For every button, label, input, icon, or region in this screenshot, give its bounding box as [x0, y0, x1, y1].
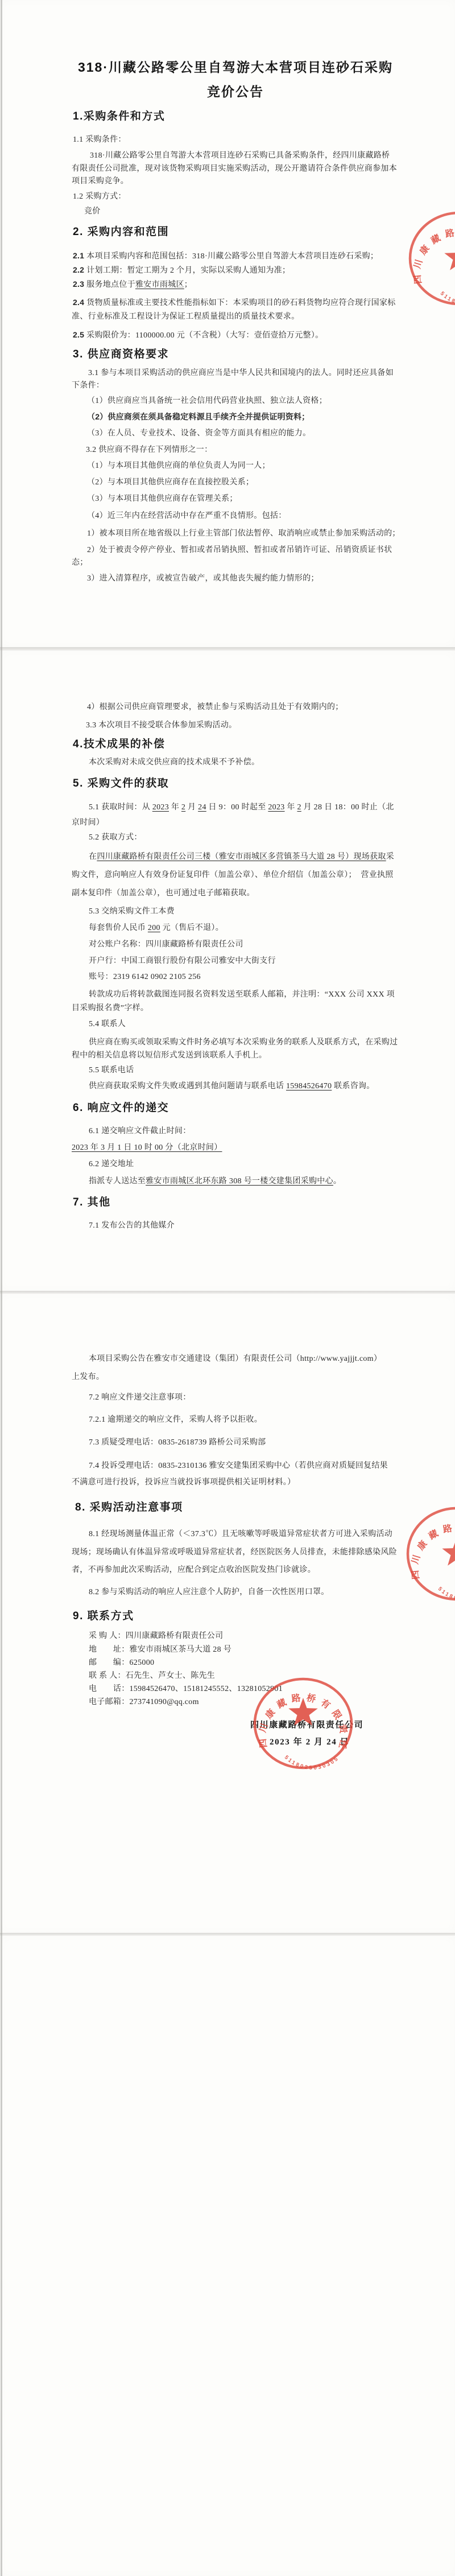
text-line: 账号：2319 6142 0902 2105 256	[89, 972, 201, 982]
text-line: 1.1 采购条件：	[73, 134, 126, 145]
text-line: 2.3 服务地点位于雅安市雨城区；	[73, 279, 192, 290]
text-line: 7.4 投诉受理电话：0835-2310136 雅安交建集团采购中心（若供应商对…	[89, 1460, 388, 1471]
section-heading-5: 5. 采购文件的获取	[73, 777, 169, 790]
text-line: 供应商在购买或领取采购文件时务必填写本次采购业务的联系人及联系方式，在采购过	[89, 1037, 398, 1048]
text-line: 有限责任公司批准，现对该货物采购项目实施采购活动，现公开邀请符合条件供应商参加本	[72, 163, 397, 174]
text-line: 开户行：中国工商银行股份有限公司雅安中大街支行	[89, 956, 276, 966]
text-line: 5.2 获取方式：	[89, 832, 142, 843]
text-line: 下条件：	[72, 380, 104, 391]
text-line: 2.2 计划工期：暂定工期为 2 个月，实际以采购人通知为准；	[73, 265, 290, 276]
text-line: 2）处于被责令停产停业、暂扣或者吊销执照、暂扣或者吊销许可证、吊销资质证书状	[87, 545, 392, 555]
text-line: 2.5 采购限价为：1100000.00 元（不含税）（大写：壹佰壹拾万元整）。	[73, 330, 323, 341]
text-line: （2）与本项目其他供应商存在直接控股关系；	[87, 477, 254, 488]
text-line: 2.4 货物质量标准或主要技术性能指标如下：本采购项目的砂石料货物均应符合现行国…	[73, 297, 396, 308]
text-line: 本项目采购公告在雅安市交通建设（集团）有限责任公司（http://www.yaj…	[89, 1353, 382, 1364]
text-line: 7.2 响应文件递交注意事项：	[89, 1392, 191, 1403]
text-line: 5.1 获取时间：从 2023 年 2 月 24 日 9：00 时起至 2023…	[89, 802, 394, 813]
section-heading-4: 4.技术成果的补偿	[73, 738, 165, 751]
text-line: 京时间）	[72, 817, 104, 828]
text-line: 项目采购竞争。	[72, 176, 129, 187]
text-line: 3.3 本次项目不接受联合体参加采购活动。	[86, 720, 237, 731]
text-line: 3）进入清算程序，或被宣告破产，或其他丧失履约能力情形的；	[87, 573, 319, 584]
text-line: （1）供应商应当具备统一社会信用代码营业执照、独立法人资格；	[87, 396, 327, 406]
document-text: 318·川藏公路零公里自驾游大本营项目连砂石采购竞价公告1.采购条件和方式1.1…	[0, 0, 455, 2576]
text-line: 态；	[72, 557, 88, 568]
text-line: 318·川藏公路零公里自驾游大本营项目连砂石采购已具备采购条件，经四川康藏路桥	[90, 150, 390, 161]
section-heading-1: 1.采购条件和方式	[73, 110, 165, 123]
text-line: 供应商获取采购文件失败或遇到其他问题请与联系电话 15984526470 联系咨…	[89, 1081, 375, 1092]
text-line: 准、行业标准及工程设计为保证工程质量提出的质量技术要求。	[72, 311, 299, 322]
text-line: （1）与本项目其他供应商的单位负责人为同一人；	[87, 460, 270, 471]
text-line: 程中的相关信息将以短信形式发送到该联系人手机上。	[72, 1050, 267, 1061]
text-line: 5.5 联系电话	[89, 1065, 134, 1076]
text-line: 邮 编：625000	[89, 1657, 154, 1668]
text-line: 1.2 采购方式：	[73, 191, 126, 202]
text-line: 3.2 供应商不得存在下列情形之一：	[86, 445, 212, 455]
section-heading-6: 6. 响应文件的递交	[73, 1101, 169, 1114]
text-line: 7.2.1 逾期递交的响应文件，采购人将予以拒收。	[89, 1414, 262, 1425]
seal-company-text: 四川康藏路桥有限责任公司	[250, 1720, 363, 1731]
text-line: （4）近三年内在经营活动中存在严重不良情形。包括：	[87, 511, 287, 521]
doc-title-line2: 竞价公告	[36, 83, 435, 100]
text-line: （3）在人员、专业技术、设备、资金等方面具有相应的能力。	[87, 428, 311, 439]
text-line: 者，不再参加此次采购活动，应配合到定点收治医院发热门诊就诊。	[72, 1565, 316, 1575]
text-line: 4）根据公司供应商管理要求，被禁止参与采购活动且处于有效期内的；	[87, 702, 344, 713]
text-line: 转款成功后将转款截图连同报名资料发送至联系人邮箱，并注明：“XXX 公司 XXX…	[89, 989, 395, 1000]
text-line: 购文件，意向响应人有效身份证复印件（加盖公章）、单位介绍信（加盖公章）； 营业执…	[72, 870, 394, 880]
text-line: 7.3 质疑受理电话：0835-2618739 路桥公司采购部	[89, 1437, 266, 1448]
text-line: 联 系 人：石先生、芦女士、陈先生	[89, 1670, 215, 1681]
text-line: 上发布。	[72, 1372, 104, 1382]
text-line: 2023 年 3 月 1 日 10 时 00 分（北京时间）	[72, 1142, 222, 1153]
text-line: 本次采购对未成交供应商的技术成果不予补偿。	[89, 757, 259, 768]
text-line: 采 购 人：四川康藏路桥有限责任公司	[89, 1631, 223, 1641]
text-line: 7.1 发布公告的其他媒介	[89, 1220, 175, 1231]
text-line: （2）供应商须在须具备稳定料源且手续齐全并提供证明资料；	[87, 411, 309, 423]
section-heading-8: 8. 采购活动注意事项	[75, 1501, 183, 1514]
text-line: 每套售价人民币 200 元（售后不退）。	[89, 923, 224, 933]
text-line: 2.1 本项目采购内容和范围包括：318·川藏公路零公里自驾游大本营项目连砂石采…	[73, 250, 378, 262]
text-line: 5.3 交纳采购文件工本费	[89, 906, 175, 917]
text-line: 目采购报名费”字样。	[72, 1003, 148, 1014]
text-line: 6.1 递交响应文件截止时间：	[89, 1126, 191, 1137]
scanned-document: 318·川藏公路零公里自驾游大本营项目连砂石采购竞价公告1.采购条件和方式1.1…	[0, 0, 455, 2576]
text-line: 在四川康藏路桥有限责任公司三楼（雅安市雨城区多营镇茶马大道 28 号）现场获取采	[89, 851, 394, 862]
text-line: 3.1 参与本项目采购活动的供应商应当是中华人民共和国境内的法人。同时还应具备如	[88, 368, 394, 378]
seal-date-text: 2023 年 2 月 24 日	[270, 1737, 349, 1748]
text-line: 不满意可进行投诉，投诉应当就投诉事项提供相关证明材料。）	[72, 1477, 295, 1488]
doc-title-line1: 318·川藏公路零公里自驾游大本营项目连砂石采购	[36, 59, 435, 76]
text-line: 电子邮箱：273741090@qq.com	[89, 1697, 199, 1707]
text-line: 电 话：15984526470、15181245552、13281052901	[89, 1684, 283, 1694]
text-line: 8.1 经现场测量体温正常（＜37.3℃）且无咳嗽等呼吸道异常症状者方可进入采购…	[89, 1529, 392, 1540]
text-line: 地 址：雅安市雨城区茶马大道 28 号	[89, 1644, 231, 1655]
text-line: 指派专人送达至雅安市雨城区北环东路 308 号一楼交建集团采购中心。	[89, 1176, 341, 1187]
text-line: （3）与本项目其他供应商存在管理关系；	[87, 493, 238, 504]
section-heading-9: 9. 联系方式	[73, 1610, 134, 1623]
section-heading-2: 2. 采购内容和范围	[73, 225, 169, 238]
text-line: 8.2 参与采购活动的响应人应注意个人防护，自备一次性医用口罩。	[89, 1587, 329, 1598]
text-line: 1）被本项目所在地省级以上行业主管部门依法暂停、取消响应或禁止参加采购活动的；	[87, 528, 400, 539]
section-heading-7: 7. 其他	[73, 1196, 111, 1209]
text-line: 5.4 联系人	[89, 1019, 126, 1030]
section-heading-3: 3. 供应商资格要求	[73, 348, 169, 361]
text-line: 副本复印件（加盖公章），也可通过电子邮箱获取。	[72, 888, 255, 899]
text-line: 6.2 递交地址	[89, 1159, 134, 1170]
text-line: 现场；现场确认有体温异常或呼吸道异常症状者，经医院医务人员排查，未能排除感染风险	[72, 1547, 397, 1558]
text-line: 对公账户名称：四川康藏路桥有限责任公司	[89, 939, 243, 950]
text-line: 竞价	[84, 206, 101, 217]
